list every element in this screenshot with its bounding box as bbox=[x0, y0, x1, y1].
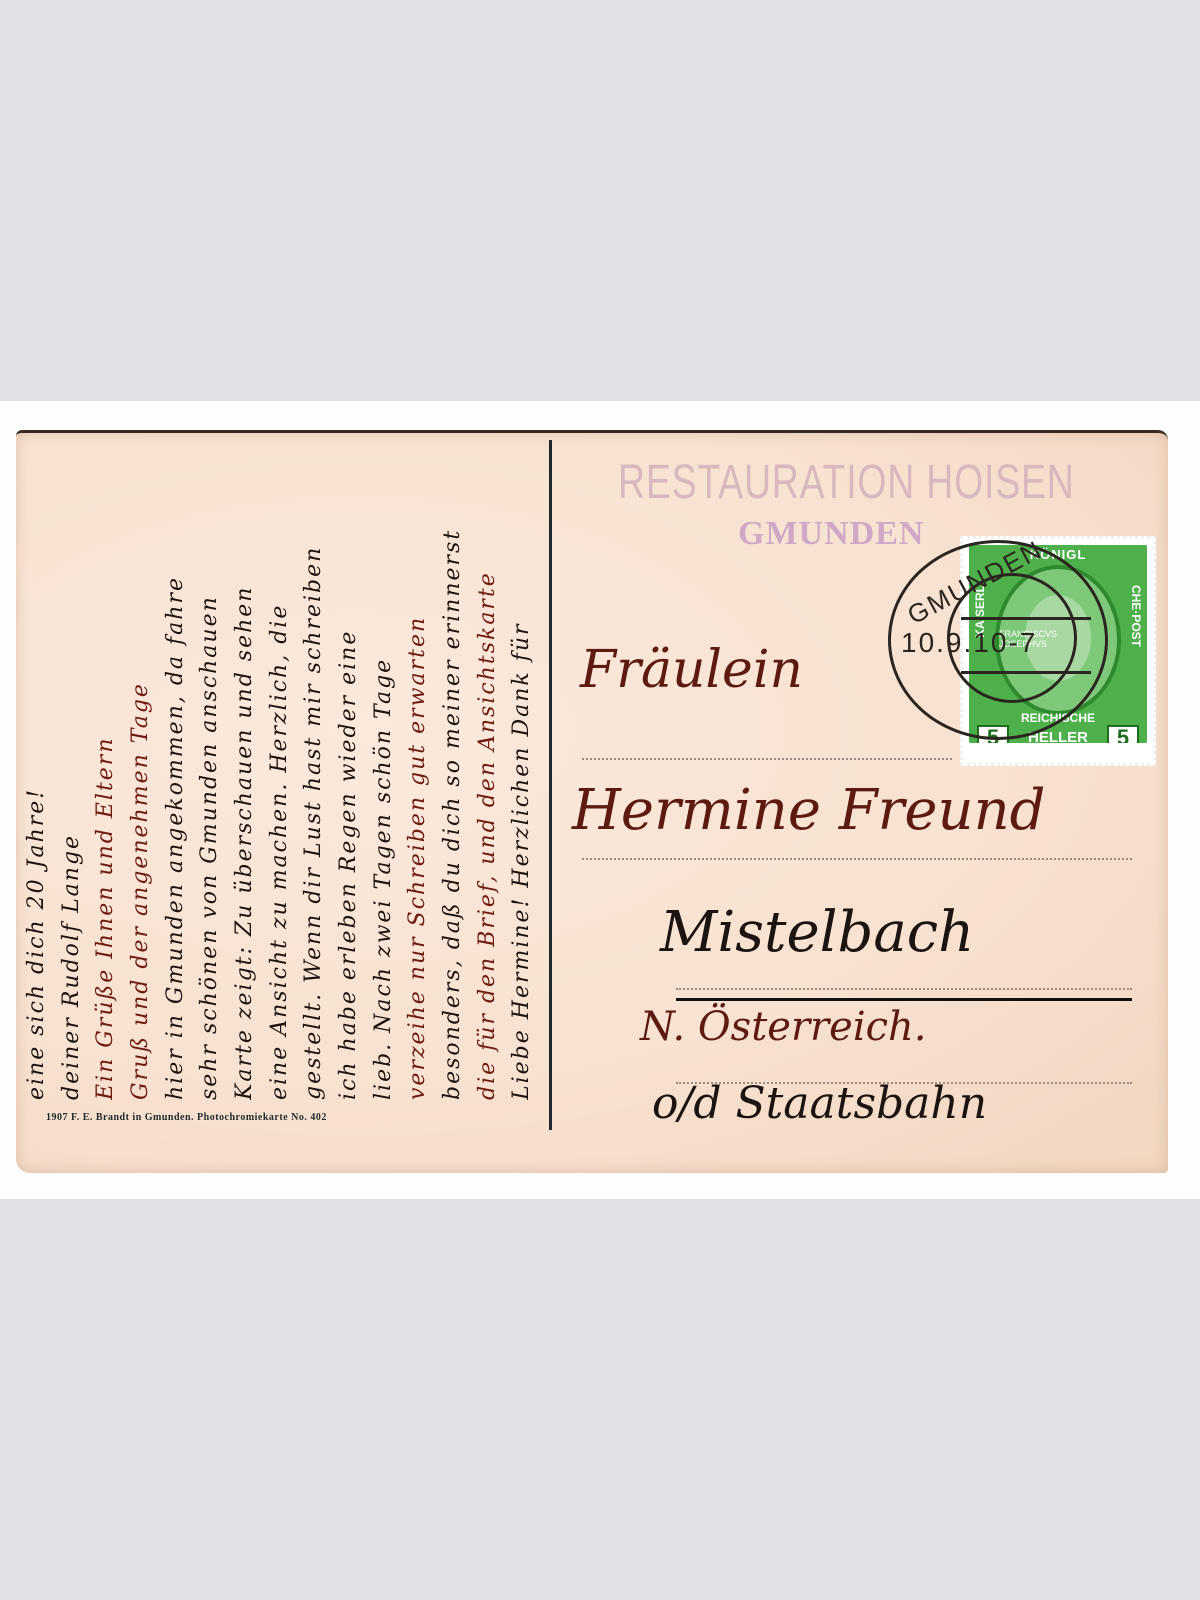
address-line-3 bbox=[676, 988, 1132, 990]
address-route: o/d Staatsbahn bbox=[652, 1078, 987, 1129]
address-city: Mistelbach bbox=[660, 900, 974, 965]
address-underline bbox=[676, 998, 1132, 1001]
message-line: Gruß und der angenehmen Tage bbox=[128, 440, 154, 1100]
message-line: sehr schönen von Gmunden anschauen bbox=[197, 440, 223, 1100]
message-line: eine sich dich 20 Jahre! bbox=[24, 440, 50, 1100]
stamp-value-right: 5 bbox=[1107, 725, 1139, 743]
message-line: deiner Rudolf Lange bbox=[59, 440, 85, 1100]
message-line: gestellt. Wenn dir Lust hast mir schreib… bbox=[301, 440, 327, 1100]
rubber-stamp-town: GMUNDEN bbox=[738, 515, 924, 553]
message-line: eine Ansicht zu machen. Herzlich, die bbox=[267, 440, 293, 1100]
message-line: Karte zeigt: Zu überschauen und sehen bbox=[232, 440, 258, 1100]
rubber-stamp-restaurant: RESTAURATION HOISEN bbox=[618, 455, 1075, 510]
publisher-imprint: 1907 F. E. Brandt in Gmunden. Photochrom… bbox=[46, 1112, 327, 1123]
vertical-divider bbox=[549, 440, 552, 1130]
message-line: verzeihe nur Schreiben gut erwarten bbox=[405, 440, 431, 1100]
address-line-2 bbox=[582, 858, 1132, 860]
address-name: Hermine Freund bbox=[572, 778, 1046, 843]
message-line: die für den Brief, und den Ansichtskarte bbox=[475, 440, 501, 1100]
address-salutation: Fräulein bbox=[580, 640, 803, 700]
message-line: lieb. Nach zwei Tagen schön Tage bbox=[371, 440, 397, 1100]
message-line: Ein Grüße Ihnen und Eltern bbox=[93, 440, 119, 1100]
message-line: hier in Gmunden angekommen, da fahre bbox=[163, 440, 189, 1100]
address-line-1 bbox=[582, 758, 952, 760]
postmark-cancellation: GMUNDEN 10.9.10-7 bbox=[888, 540, 1108, 740]
stamp-legend-right: CHE·POST bbox=[1129, 585, 1143, 647]
message-line: besonders, daß du dich so meiner erinner… bbox=[440, 440, 466, 1100]
postmark-bar bbox=[961, 617, 1091, 620]
handwritten-message: Liebe Hermine! Herzlichen Dank fürdie fü… bbox=[20, 440, 540, 1100]
message-line: ich habe erleben Regen wieder eine bbox=[336, 440, 362, 1100]
address-region: N. Österreich. bbox=[640, 1004, 927, 1050]
message-line: Liebe Hermine! Herzlichen Dank für bbox=[509, 440, 535, 1100]
postmark-date: 10.9.10-7 bbox=[901, 627, 1037, 659]
postmark-bar bbox=[961, 671, 1091, 674]
